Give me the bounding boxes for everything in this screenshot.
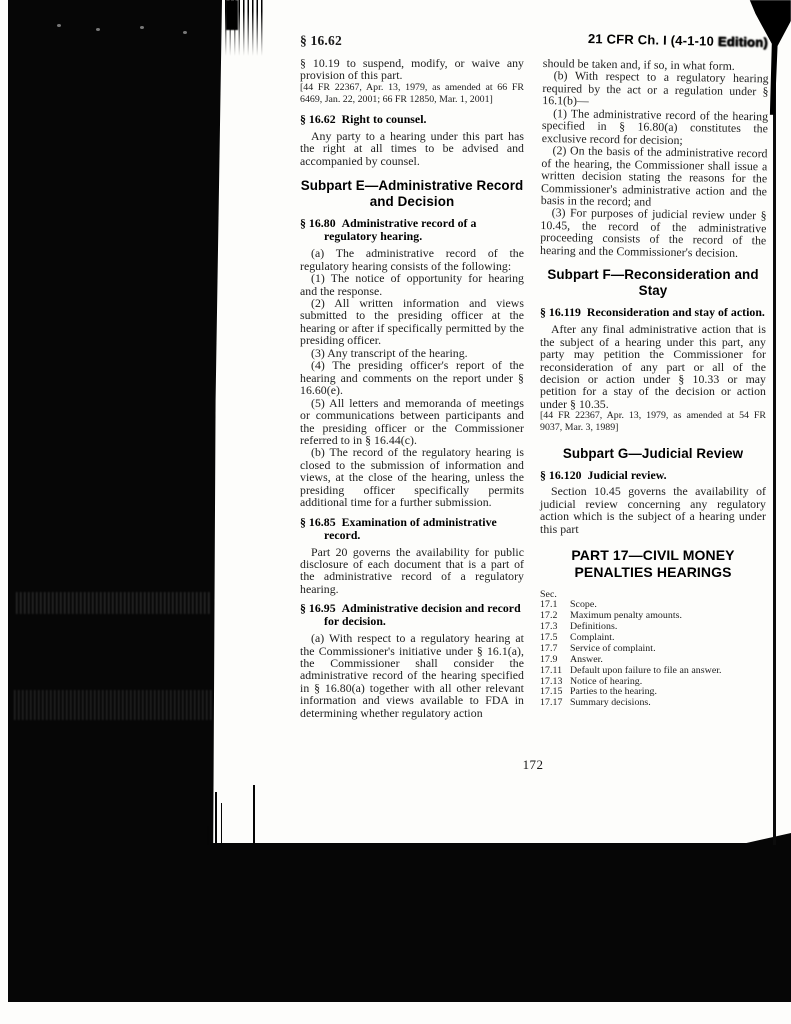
- section-16-85-heading: § 16.85 Examination of administrative re…: [300, 516, 524, 542]
- section-16-80-item-2: (2) All written information and views su…: [300, 297, 524, 347]
- section-16-95-paragraph-a: (a) With respect to a regulatory hearing…: [300, 632, 524, 719]
- paragraph-continuation: § 10.19 to suspend, modify, or waive any…: [300, 57, 524, 82]
- page-number: 172: [300, 757, 766, 773]
- left-column: § 10.19 to suspend, modify, or waive any…: [300, 57, 524, 719]
- section-16-95-item-1: (1) The administrative record of the hea…: [542, 107, 769, 148]
- scan-smear: [14, 690, 214, 720]
- subpart-g-heading: Subpart G—Judicial Review: [540, 446, 766, 462]
- section-16-85-paragraph: Part 20 governs the availability for pub…: [300, 546, 524, 596]
- scan-dust-speck: [57, 24, 61, 27]
- section-16-80-paragraph-a: (a) The administrative record of the reg…: [300, 247, 524, 272]
- scan-hair-streak: [207, 826, 209, 845]
- section-16-120-paragraph: Section 10.45 governs the availability o…: [540, 485, 766, 535]
- section-16-120-heading: § 16.120 Judicial review.: [540, 469, 766, 482]
- skewed-scan-block: should be taken and, if so, in what form…: [540, 57, 769, 260]
- section-16-95-item-3: (3) For purposes of judicial review unde…: [540, 206, 767, 259]
- scan-streak-core: [226, 0, 238, 30]
- right-column: should be taken and, if so, in what form…: [540, 57, 766, 709]
- sec-item-number: 17.11: [540, 666, 570, 677]
- section-16-95-paragraph-b: (b) With respect to a regulatory hearing…: [542, 69, 769, 110]
- section-16-80-paragraph-b: (b) The record of the regulatory hearing…: [300, 446, 524, 508]
- scan-hair-streak: [215, 792, 217, 845]
- subpart-e-heading: Subpart E—Administrative Record and Deci…: [300, 178, 524, 210]
- section-16-119-heading: § 16.119 Reconsideration and stay of act…: [540, 306, 766, 319]
- scan-hair-streak: [221, 803, 222, 845]
- scan-dust-speck: [183, 31, 187, 34]
- page-edge-shadow-line: [773, 50, 776, 845]
- sec-list-item: 17.17Summary decisions.: [540, 698, 766, 709]
- sec-item-number: 17.17: [540, 698, 570, 709]
- sec-item-title: Default upon failure to file an answer.: [570, 666, 766, 677]
- section-16-80-item-1: (1) The notice of opportunity for hearin…: [300, 272, 524, 297]
- scanned-document-page: § 16.62 21 CFR Ch. I (4-1-10 Edition) § …: [0, 0, 791, 1024]
- sec-list-item: 17.11Default upon failure to file an ans…: [540, 666, 766, 677]
- scan-hair-streak: [253, 785, 255, 845]
- section-16-80-item-5: (5) All letters and memoranda of meeting…: [300, 397, 524, 447]
- part-17-heading: PART 17—CIVIL MONEY PENALTIES HEARINGS: [542, 547, 764, 580]
- scan-black-band-bottom: [8, 843, 791, 1002]
- running-header-edition-text: 21 CFR Ch. I (4-1-10: [588, 31, 718, 49]
- subpart-f-heading: Subpart F—Reconsideration and Stay: [540, 267, 766, 299]
- amendment-note: [44 FR 22367, Apr. 13, 1979, as amended …: [300, 82, 524, 106]
- scan-dust-speck: [140, 26, 144, 29]
- section-16-95-item-2: (2) On the basis of the administrative r…: [541, 144, 768, 210]
- scan-smear: [16, 592, 212, 614]
- running-header-edition-smudged-text: Edition): [718, 34, 768, 50]
- scan-dust-speck: [96, 28, 100, 31]
- section-16-119-paragraph: After any final administrative action th…: [540, 323, 766, 410]
- section-16-80-item-4: (4) The presiding officer's report of th…: [300, 359, 524, 396]
- section-16-62-paragraph: Any party to a hearing under this part h…: [300, 130, 524, 167]
- running-header-section-number: § 16.62: [300, 33, 342, 49]
- amendment-note: [44 FR 22367, Apr. 13, 1979, as amended …: [540, 410, 766, 434]
- running-header-edition: 21 CFR Ch. I (4-1-10 Edition): [538, 30, 768, 50]
- section-16-95-heading: § 16.95 Administrative decision and reco…: [300, 602, 524, 628]
- section-16-62-heading: § 16.62 Right to counsel.: [300, 113, 524, 126]
- section-16-80-heading: § 16.80 Administrative record of a regul…: [300, 217, 524, 243]
- sec-item-title: Summary decisions.: [570, 698, 766, 709]
